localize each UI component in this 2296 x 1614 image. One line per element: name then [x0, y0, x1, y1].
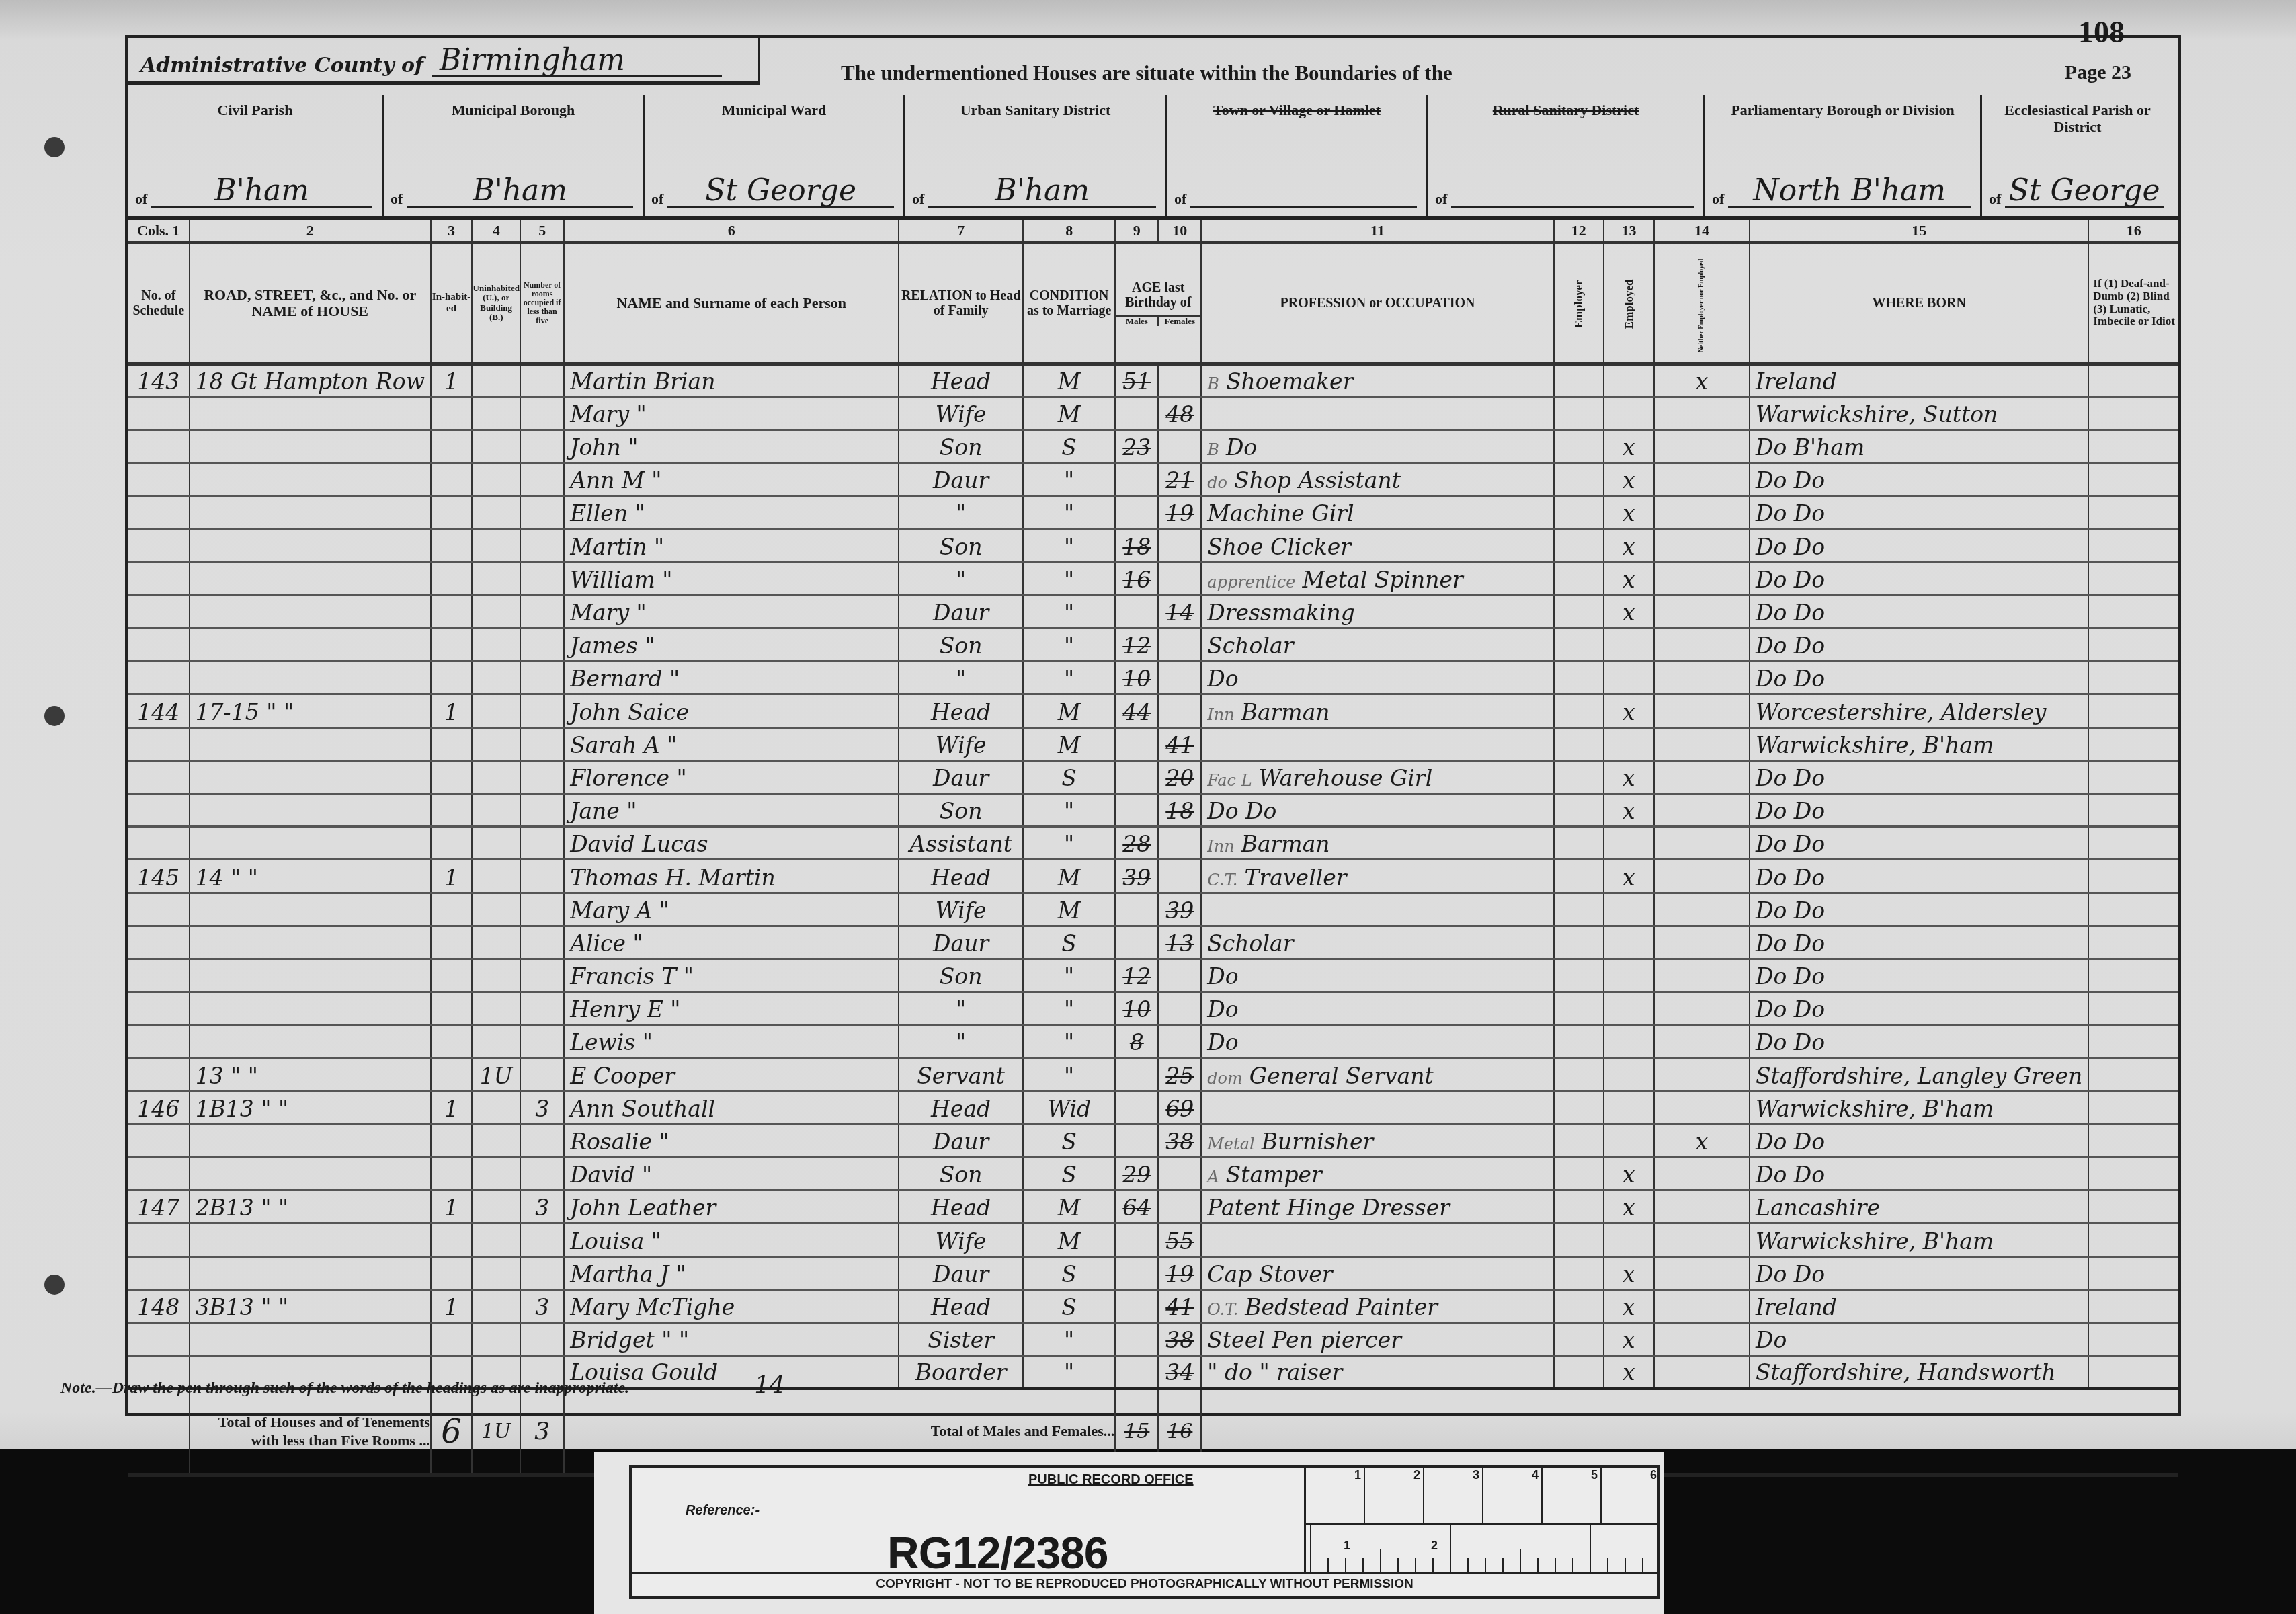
where-born: Do Do — [1750, 760, 2088, 793]
person-name: Alice " — [564, 926, 899, 959]
person-name: Ann Southall — [564, 1091, 899, 1124]
age-male — [1115, 793, 1158, 826]
age-female: 38 — [1158, 1322, 1201, 1355]
age-male: 29 — [1115, 1158, 1158, 1191]
punch-hole — [44, 1275, 65, 1295]
occupation-text: Machine Girl — [1207, 500, 1354, 526]
district-label: Ecclesiastical Parish or District — [1982, 95, 2173, 136]
age-female: 14 — [1158, 595, 1201, 628]
district-civil-parish: Civil Parish ofB'ham — [128, 95, 384, 216]
uninhabited — [472, 992, 520, 1025]
infirmity — [2088, 827, 2178, 860]
condition: M — [1023, 727, 1115, 760]
condition: S — [1023, 1124, 1115, 1157]
age-female — [1158, 661, 1201, 694]
person-name: Rosalie " — [564, 1124, 899, 1157]
employed-mark — [1604, 893, 1655, 926]
relation: Head — [899, 364, 1023, 397]
address — [190, 397, 431, 430]
table-row: James "Son"12ScholarDo Do — [128, 629, 2178, 661]
address: 17-15 " " — [190, 694, 431, 727]
col-number: 13 — [1604, 220, 1655, 243]
person-name: John Saice — [564, 694, 899, 727]
uninhabited — [472, 1256, 520, 1289]
table-row: Ellen """19Machine GirlxDo Do — [128, 496, 2178, 529]
neither-mark — [1654, 629, 1750, 661]
uninhabited — [472, 760, 520, 793]
heading-females: Females — [1159, 317, 1200, 326]
schedule-number — [128, 496, 190, 529]
relation: Son — [899, 793, 1023, 826]
rooms — [520, 1223, 564, 1256]
person-name: Louisa " — [564, 1223, 899, 1256]
heading-employer-label: Employer — [1572, 280, 1585, 328]
rooms — [520, 529, 564, 562]
occupation-text: Stamper — [1226, 1162, 1322, 1188]
scale-mark: 6 — [1602, 1468, 1659, 1523]
employed-mark — [1604, 926, 1655, 959]
rooms — [520, 727, 564, 760]
infirmity — [2088, 463, 2178, 496]
scale-tick — [1397, 1558, 1399, 1572]
district-row: Civil Parish ofB'ham Municipal Borough o… — [128, 95, 2178, 220]
heading-uninhabited: Uninhabited (U.), or Building (B.) — [472, 243, 520, 364]
condition: " — [1023, 1356, 1115, 1389]
schedule-number — [128, 992, 190, 1025]
rooms — [520, 430, 564, 462]
age-male — [1115, 893, 1158, 926]
age-female: 20 — [1158, 760, 1201, 793]
schedule-number — [128, 463, 190, 496]
person-name: Mary A " — [564, 893, 899, 926]
uninhabited — [472, 893, 520, 926]
employed-mark: x — [1604, 793, 1655, 826]
age-male: 16 — [1115, 562, 1158, 595]
relation: " — [899, 1025, 1023, 1058]
uninhabited — [472, 463, 520, 496]
condition: S — [1023, 430, 1115, 462]
person-name: John " — [564, 430, 899, 462]
relation: Wife — [899, 727, 1023, 760]
relation: Assistant — [899, 827, 1023, 860]
employer-mark — [1554, 364, 1604, 397]
employer-mark — [1554, 1289, 1604, 1322]
age-female — [1158, 827, 1201, 860]
relation: Daur — [899, 1256, 1023, 1289]
address: 18 Gt Hampton Row — [190, 364, 431, 397]
rooms — [520, 364, 564, 397]
age-female — [1158, 529, 1201, 562]
age-female: 55 — [1158, 1223, 1201, 1256]
neither-mark — [1654, 397, 1750, 430]
uninhabited — [472, 1289, 520, 1322]
neither-mark — [1654, 1356, 1750, 1389]
scale-tick — [1450, 1525, 1451, 1572]
scale-tick — [1310, 1525, 1311, 1572]
district-urban-sanitary: Urban Sanitary District ofB'ham — [905, 95, 1167, 216]
uninhabited — [472, 793, 520, 826]
where-born: Do Do — [1750, 595, 2088, 628]
employed-mark — [1604, 1058, 1655, 1091]
employer-mark — [1554, 1356, 1604, 1389]
folio-number: 108 — [2078, 14, 2125, 50]
schedule-number — [128, 1223, 190, 1256]
address — [190, 1256, 431, 1289]
table-row: 1483B13 " "13Mary McTigheHeadS41O.T.Beds… — [128, 1289, 2178, 1322]
infirmity — [2088, 1356, 2178, 1389]
neither-mark — [1654, 595, 1750, 628]
address — [190, 1124, 431, 1157]
neither-mark — [1654, 1322, 1750, 1355]
inhabited — [431, 893, 472, 926]
district-label: Town or Village or Hamlet — [1167, 95, 1426, 118]
col-number: 7 — [899, 220, 1023, 243]
occupation: O.T.Bedstead Painter — [1201, 1289, 1554, 1322]
neither-mark — [1654, 959, 1750, 992]
condition: S — [1023, 926, 1115, 959]
occupation: BDo — [1201, 430, 1554, 462]
heading-age-label: AGE last Birthday of — [1116, 280, 1200, 310]
employed-mark: x — [1604, 760, 1655, 793]
where-born: Lancashire — [1750, 1191, 2088, 1223]
scale-tick — [1345, 1558, 1346, 1572]
occupation-margin-note: O.T. — [1207, 1300, 1238, 1319]
age-male — [1115, 1322, 1158, 1355]
occupation-text: Steel Pen piercer — [1207, 1327, 1401, 1353]
scale-tick — [1555, 1558, 1556, 1572]
address — [190, 992, 431, 1025]
table-row: Mary "WifeM48Warwickshire, Sutton — [128, 397, 2178, 430]
infirmity — [2088, 1124, 2178, 1157]
rooms — [520, 893, 564, 926]
rooms — [520, 827, 564, 860]
neither-mark — [1654, 1158, 1750, 1191]
inhabited: 1 — [431, 364, 472, 397]
neither-mark — [1654, 1289, 1750, 1322]
table-row: Mary A "WifeM39Do Do — [128, 893, 2178, 926]
occupation: " do " raiser — [1201, 1356, 1554, 1389]
col-number: 15 — [1750, 220, 2088, 243]
table-row: Alice "DaurS13ScholarDo Do — [128, 926, 2178, 959]
where-born: Do — [1750, 1322, 2088, 1355]
infirmity — [2088, 1158, 2178, 1191]
scale-tick — [1572, 1558, 1573, 1572]
neither-mark — [1654, 430, 1750, 462]
occupation-margin-note: apprentice — [1207, 573, 1295, 592]
rooms — [520, 562, 564, 595]
person-name: Martin Brian — [564, 364, 899, 397]
col-number: Cols. 1 — [128, 220, 190, 243]
age-female — [1158, 694, 1201, 727]
schedule-number — [128, 1256, 190, 1289]
person-name: Martin " — [564, 529, 899, 562]
occupation-text: Do Do — [1207, 798, 1276, 824]
rooms — [520, 1058, 564, 1091]
rooms — [520, 1158, 564, 1191]
age-female: 34 — [1158, 1356, 1201, 1389]
rooms — [520, 629, 564, 661]
total-uninhabited: 1U — [472, 1389, 520, 1475]
age-male — [1115, 1289, 1158, 1322]
relation: Son — [899, 529, 1023, 562]
occupation-margin-note: Fac L — [1207, 771, 1252, 790]
employer-mark — [1554, 694, 1604, 727]
employer-mark — [1554, 1058, 1604, 1091]
inhabited — [431, 992, 472, 1025]
scale-tick — [1432, 1558, 1434, 1572]
employer-mark — [1554, 397, 1604, 430]
employed-mark: x — [1604, 463, 1655, 496]
age-female: 38 — [1158, 1124, 1201, 1157]
age-male — [1115, 1223, 1158, 1256]
inhabited — [431, 1058, 472, 1091]
employed-mark — [1604, 1124, 1655, 1157]
where-born: Warwickshire, B'ham — [1750, 1091, 2088, 1124]
address: 13 " " — [190, 1058, 431, 1091]
relation: Boarder — [899, 1356, 1023, 1389]
age-female — [1158, 1158, 1201, 1191]
occupation-margin-note: dom — [1207, 1069, 1243, 1088]
scale-tick — [1625, 1558, 1626, 1572]
scale-tick — [1467, 1558, 1469, 1572]
uninhabited — [472, 926, 520, 959]
age-male — [1115, 727, 1158, 760]
occupation: Do — [1201, 992, 1554, 1025]
inhabited — [431, 397, 472, 430]
address — [190, 595, 431, 628]
employed-mark — [1604, 727, 1655, 760]
table-row: William """16apprenticeMetal SpinnerxDo … — [128, 562, 2178, 595]
occupation — [1201, 893, 1554, 926]
heading-neither-label: Neither Employer nor Employed — [1698, 258, 1706, 352]
table-row: 13 " "1UE CooperServant"25domGeneral Ser… — [128, 1058, 2178, 1091]
scale-mark: 5 — [1543, 1468, 1602, 1523]
heading-where-born: WHERE BORN — [1750, 243, 2088, 364]
condition: " — [1023, 1322, 1115, 1355]
scale-tick — [1590, 1525, 1591, 1572]
col-number: 12 — [1554, 220, 1604, 243]
age-male: 12 — [1115, 959, 1158, 992]
occupation: AStamper — [1201, 1158, 1554, 1191]
relation: Daur — [899, 595, 1023, 628]
employed-mark: x — [1604, 694, 1655, 727]
district-value: St George — [2005, 176, 2164, 208]
employer-mark — [1554, 1091, 1604, 1124]
person-name: James " — [564, 629, 899, 661]
occupation-text: Shoemaker — [1226, 368, 1354, 395]
infirmity — [2088, 1256, 2178, 1289]
where-born: Do Do — [1750, 793, 2088, 826]
employer-mark — [1554, 661, 1604, 694]
age-female: 19 — [1158, 1256, 1201, 1289]
person-name: Sarah A " — [564, 727, 899, 760]
schedule-number — [128, 1124, 190, 1157]
neither-mark — [1654, 1058, 1750, 1091]
occupation: InnBarman — [1201, 694, 1554, 727]
occupation: Patent Hinge Dresser — [1201, 1191, 1554, 1223]
district-parliamentary: Parliamentary Borough or Division ofNort… — [1705, 95, 1982, 216]
condition: " — [1023, 1025, 1115, 1058]
heading-occupation: PROFESSION or OCCUPATION — [1201, 243, 1554, 364]
employed-mark — [1604, 1025, 1655, 1058]
table-row: Florence "DaurS20Fac LWarehouse GirlxDo … — [128, 760, 2178, 793]
where-born: Do Do — [1750, 529, 2088, 562]
copyright-notice: COPYRIGHT - NOT TO BE REPRODUCED PHOTOGR… — [632, 1572, 1657, 1596]
address — [190, 430, 431, 462]
rooms: 3 — [520, 1191, 564, 1223]
relation: Head — [899, 860, 1023, 893]
occupation: domGeneral Servant — [1201, 1058, 1554, 1091]
heading-employed: Employed — [1604, 243, 1655, 364]
occupation: Machine Girl — [1201, 496, 1554, 529]
col-number: 4 — [472, 220, 520, 243]
uninhabited — [472, 661, 520, 694]
scale-mark: 4 — [1483, 1468, 1543, 1523]
infirmity — [2088, 1223, 2178, 1256]
occupation-text: Traveller — [1245, 864, 1347, 891]
employer-mark — [1554, 463, 1604, 496]
condition: " — [1023, 629, 1115, 661]
occupation-margin-note: do — [1207, 473, 1227, 492]
employed-mark: x — [1604, 860, 1655, 893]
where-born: Do Do — [1750, 992, 2088, 1025]
neither-mark — [1654, 860, 1750, 893]
district-value: B'ham — [407, 176, 633, 208]
employed-mark: x — [1604, 1158, 1655, 1191]
occupation-text: Do — [1207, 963, 1238, 990]
relation: Wife — [899, 397, 1023, 430]
address: 14 " " — [190, 860, 431, 893]
rooms — [520, 959, 564, 992]
inhabited — [431, 463, 472, 496]
person-name: Henry E " — [564, 992, 899, 1025]
schedule-number — [128, 1322, 190, 1355]
address — [190, 1025, 431, 1058]
occupation-text: Scholar — [1207, 930, 1293, 957]
occupation-margin-note: A — [1207, 1168, 1219, 1186]
occupation: Do Do — [1201, 793, 1554, 826]
person-name: Jane " — [564, 793, 899, 826]
inhabited: 1 — [431, 1289, 472, 1322]
occupation-text: Shoe Clicker — [1207, 534, 1351, 560]
age-female: 13 — [1158, 926, 1201, 959]
neither-mark — [1654, 992, 1750, 1025]
person-name: John Leather — [564, 1191, 899, 1223]
where-born: Do Do — [1750, 959, 2088, 992]
employer-mark — [1554, 562, 1604, 595]
heading-name: NAME and Surname of each Person — [564, 243, 899, 364]
table-row: Bridget " "Sister"38Steel Pen piercerxDo — [128, 1322, 2178, 1355]
inhabited — [431, 629, 472, 661]
schedule-number — [128, 397, 190, 430]
employed-mark — [1604, 1223, 1655, 1256]
occupation-text: Cap Stover — [1207, 1261, 1332, 1287]
occupation — [1201, 397, 1554, 430]
scale-tick — [1607, 1558, 1608, 1572]
age-male: 10 — [1115, 661, 1158, 694]
col-number: 9 — [1115, 220, 1158, 243]
occupation-text: General Servant — [1249, 1063, 1434, 1089]
neither-mark — [1654, 827, 1750, 860]
uninhabited — [472, 860, 520, 893]
col-number: 5 — [520, 220, 564, 243]
table-row: Mary "Daur"14DressmakingxDo Do — [128, 595, 2178, 628]
address — [190, 793, 431, 826]
district-rural-sanitary: Rural Sanitary District of — [1428, 95, 1705, 216]
employer-mark — [1554, 629, 1604, 661]
column-number-row: Cols. 1 2 3 4 5 6 7 8 9 10 11 12 13 14 1… — [128, 220, 2178, 243]
age-female — [1158, 992, 1201, 1025]
occupation: MetalBurnisher — [1201, 1124, 1554, 1157]
rooms — [520, 1025, 564, 1058]
occupation — [1201, 1091, 1554, 1124]
table-row: Ann M "Daur"21doShop AssistantxDo Do — [128, 463, 2178, 496]
measurement-scale: 1 2 3 4 5 6 1 2 — [1304, 1468, 1659, 1572]
footer-note-text: Note.—Draw the pen through such of the w… — [60, 1379, 629, 1397]
schedule-number — [128, 1025, 190, 1058]
where-born: Ireland — [1750, 1289, 2088, 1322]
where-born: Do Do — [1750, 1158, 2088, 1191]
infirmity — [2088, 529, 2178, 562]
condition: " — [1023, 562, 1115, 595]
col-number: 14 — [1654, 220, 1750, 243]
uninhabited — [472, 1191, 520, 1223]
district-municipal-borough: Municipal Borough ofB'ham — [384, 95, 645, 216]
uninhabited — [472, 1091, 520, 1124]
address — [190, 562, 431, 595]
col-number: 3 — [431, 220, 472, 243]
rooms — [520, 694, 564, 727]
infirmity — [2088, 793, 2178, 826]
table-row: David "SonS29AStamperxDo Do — [128, 1158, 2178, 1191]
employer-mark — [1554, 1322, 1604, 1355]
neither-mark — [1654, 1256, 1750, 1289]
neither-mark — [1654, 463, 1750, 496]
occupation: Dressmaking — [1201, 595, 1554, 628]
schedule-number — [128, 893, 190, 926]
uninhabited — [472, 496, 520, 529]
inhabited — [431, 562, 472, 595]
person-name: E Cooper — [564, 1058, 899, 1091]
age-female — [1158, 1025, 1201, 1058]
person-name: Mary McTighe — [564, 1289, 899, 1322]
inhabited — [431, 926, 472, 959]
where-born: Staffordshire, Langley Green — [1750, 1058, 2088, 1091]
rooms: 3 — [520, 1289, 564, 1322]
relation: Head — [899, 694, 1023, 727]
address — [190, 760, 431, 793]
age-male — [1115, 397, 1158, 430]
age-male: 28 — [1115, 827, 1158, 860]
where-born: Do Do — [1750, 860, 2088, 893]
census-table: Cols. 1 2 3 4 5 6 7 8 9 10 11 12 13 14 1… — [128, 220, 2178, 1477]
heading-neither: Neither Employer nor Employed — [1654, 243, 1750, 364]
district-label: Urban Sanitary District — [905, 95, 1165, 118]
uninhabited — [472, 694, 520, 727]
employed-mark: x — [1604, 1256, 1655, 1289]
employer-mark — [1554, 1223, 1604, 1256]
scale-tick — [1520, 1549, 1521, 1572]
address — [190, 926, 431, 959]
relation: Daur — [899, 1124, 1023, 1157]
schedule-number — [128, 1058, 190, 1091]
employed-mark: x — [1604, 562, 1655, 595]
occupation-text: Barman — [1241, 831, 1330, 857]
where-born: Staffordshire, Handsworth — [1750, 1356, 2088, 1389]
uninhabited — [472, 727, 520, 760]
age-female: 48 — [1158, 397, 1201, 430]
employed-mark — [1604, 397, 1655, 430]
